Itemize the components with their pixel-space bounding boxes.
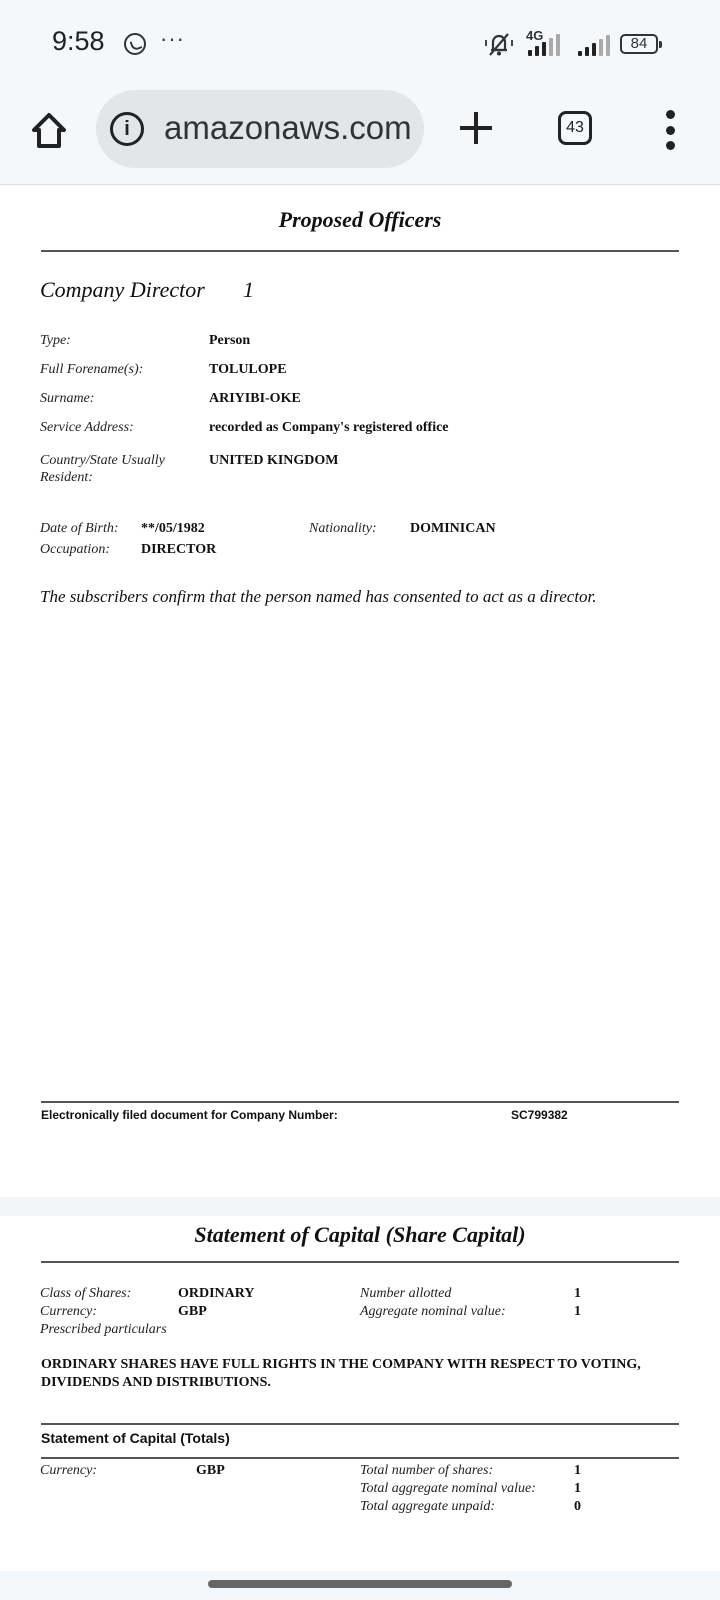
occupation-label: Occupation: — [40, 542, 110, 558]
gesture-navigation-handle[interactable] — [208, 1580, 512, 1588]
section-heading: Company Director — [40, 277, 205, 303]
field-value-service-address: recorded as Company's registered office — [209, 420, 449, 436]
prescribed-particulars-label: Prescribed particulars — [40, 1322, 167, 1338]
total-nominal-label: Total aggregate nominal value: — [360, 1481, 536, 1497]
field-value-forename: TOLULOPE — [209, 362, 287, 378]
address-bar[interactable]: i amazonaws.com — [96, 90, 424, 168]
clock: 9:58 — [52, 26, 105, 57]
section-number: 1 — [243, 277, 254, 303]
field-value-type: Person — [209, 333, 250, 349]
more-dots-icon: ··· — [160, 26, 185, 52]
page-title: Statement of Capital (Share Capital) — [0, 1222, 720, 1248]
footer-divider — [41, 1101, 679, 1103]
mute-icon — [484, 30, 514, 58]
dob-value: **/05/1982 — [141, 521, 205, 537]
class-of-shares-value: ORDINARY — [178, 1286, 255, 1302]
browser-toolbar: i amazonaws.com 43 — [0, 88, 720, 185]
totals-currency-value: GBP — [196, 1463, 225, 1479]
signal-icon — [578, 34, 610, 56]
particulars-text-line2: DIVIDENDS AND DISTRIBUTIONS. — [41, 1375, 271, 1391]
signal-4g-icon — [528, 34, 560, 56]
field-label-country-line1: Country/State Usually — [40, 453, 165, 469]
document-page-1: Proposed Officers Company Director 1 Typ… — [0, 185, 720, 1197]
status-bar: 9:58 ··· 4G 84 — [0, 0, 720, 88]
field-label-type: Type: — [40, 333, 71, 349]
plus-icon[interactable] — [456, 108, 496, 148]
page-title: Proposed Officers — [0, 207, 720, 233]
currency-label: Currency: — [40, 1304, 97, 1320]
number-allotted-value: 1 — [574, 1286, 581, 1302]
kebab-menu-icon[interactable] — [664, 110, 676, 150]
nationality-label: Nationality: — [309, 521, 377, 537]
footer-label: Electronically filed document for Compan… — [41, 1108, 338, 1122]
nationality-value: DOMINICAN — [410, 521, 496, 537]
occupation-value: DIRECTOR — [141, 542, 216, 558]
field-label-country-line2: Resident: — [40, 470, 93, 486]
total-nominal-value: 1 — [574, 1481, 581, 1497]
aggregate-nominal-label: Aggregate nominal value: — [360, 1304, 506, 1320]
particulars-text-line1: ORDINARY SHARES HAVE FULL RIGHTS IN THE … — [41, 1357, 641, 1373]
total-shares-label: Total number of shares: — [360, 1463, 493, 1479]
battery-icon: 84 — [620, 34, 658, 54]
tabs-icon[interactable]: 43 — [558, 111, 592, 145]
field-label-service-address: Service Address: — [40, 420, 134, 436]
field-label-surname: Surname: — [40, 391, 94, 407]
class-of-shares-label: Class of Shares: — [40, 1286, 131, 1302]
totals-currency-label: Currency: — [40, 1463, 97, 1479]
consent-statement: The subscribers confirm that the person … — [40, 587, 597, 607]
total-shares-value: 1 — [574, 1463, 581, 1479]
number-allotted-label: Number allotted — [360, 1286, 451, 1302]
dob-label: Date of Birth: — [40, 521, 119, 537]
field-value-country: UNITED KINGDOM — [209, 453, 339, 469]
home-icon[interactable] — [26, 108, 72, 154]
totals-heading: Statement of Capital (Totals) — [41, 1430, 230, 1446]
document-page-2: Statement of Capital (Share Capital) Cla… — [0, 1216, 720, 1571]
field-value-surname: ARIYIBI-OKE — [209, 391, 301, 407]
divider — [41, 1457, 679, 1459]
company-number: SC799382 — [511, 1108, 568, 1122]
url-text[interactable]: amazonaws.com — [164, 109, 412, 147]
aggregate-nominal-value: 1 — [574, 1304, 581, 1320]
divider — [41, 1423, 679, 1425]
page-gap — [0, 1197, 720, 1216]
total-unpaid-label: Total aggregate unpaid: — [360, 1499, 495, 1515]
total-unpaid-value: 0 — [574, 1499, 581, 1515]
divider — [41, 250, 679, 252]
info-icon[interactable]: i — [110, 112, 144, 146]
whatsapp-icon — [124, 33, 146, 55]
divider — [41, 1261, 679, 1263]
currency-value: GBP — [178, 1304, 207, 1320]
field-label-forename: Full Forename(s): — [40, 362, 143, 378]
